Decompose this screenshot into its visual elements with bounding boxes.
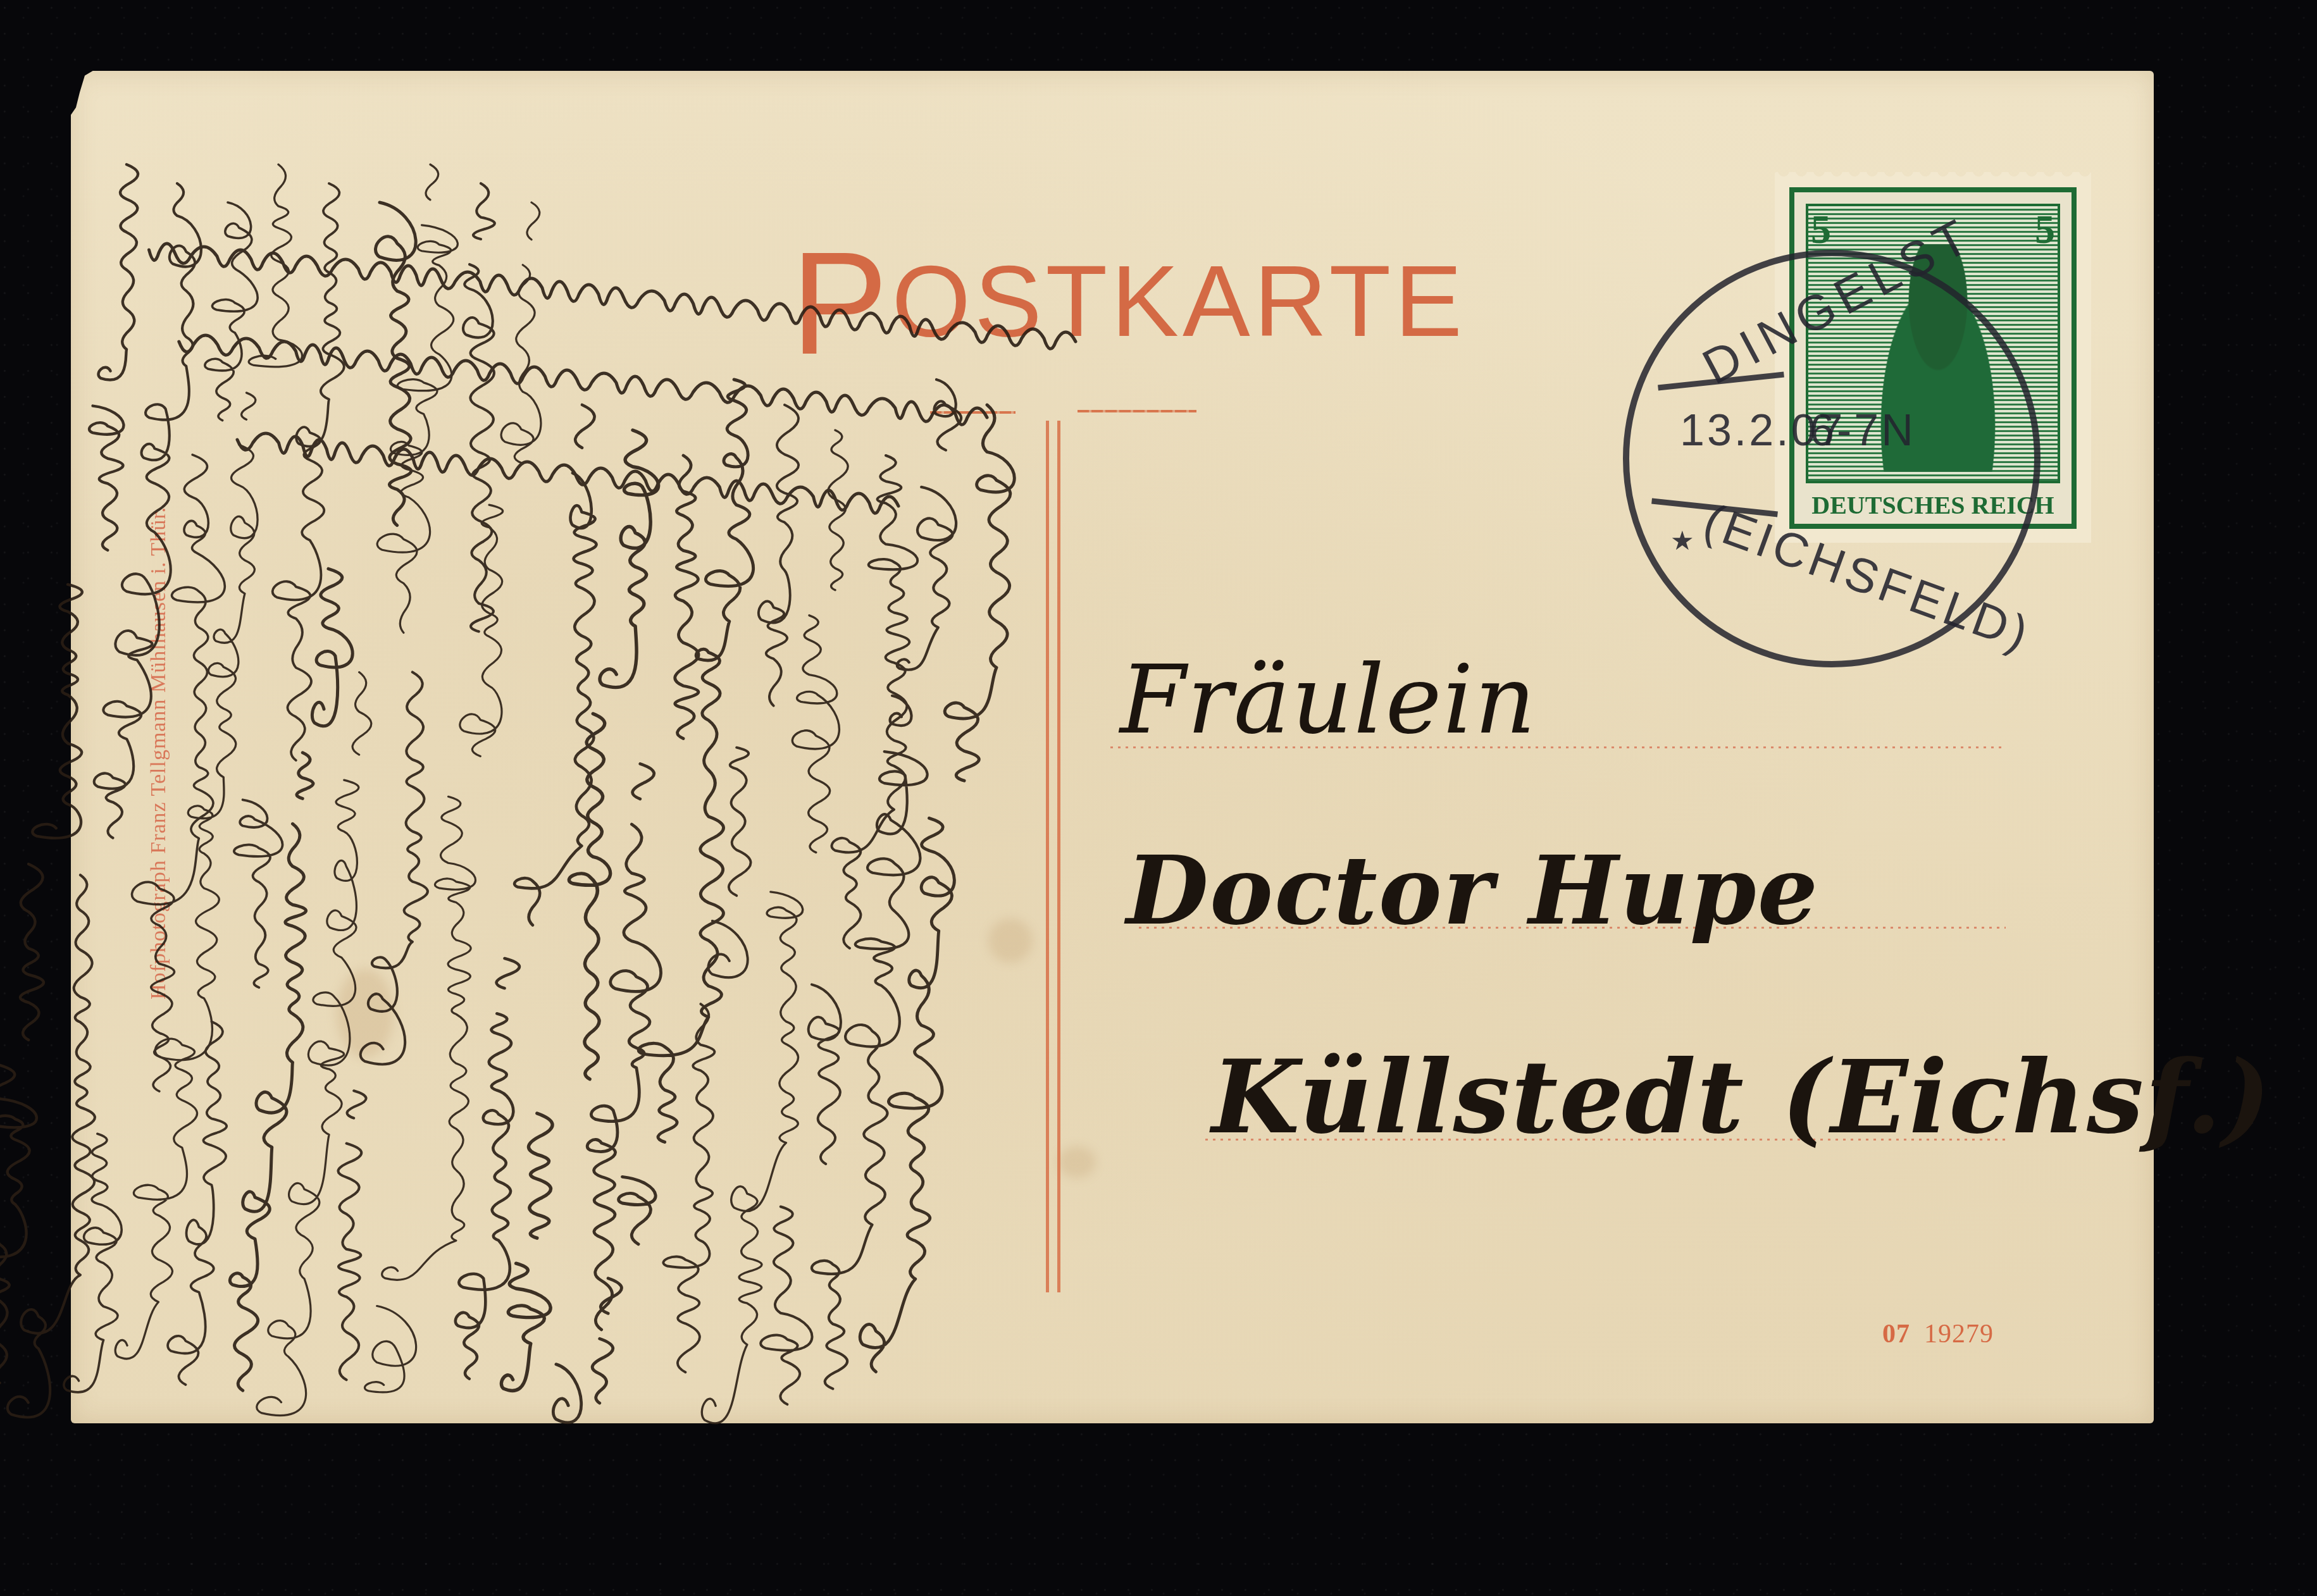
address-recipient-title: Fräulein: [1120, 645, 1537, 755]
paper-stain: [337, 969, 394, 1058]
divider-top-right-rule: [1078, 410, 1196, 412]
divider-line-right: [1057, 421, 1060, 1292]
printer-imprint: Hofphotograph Franz Tellgmann Mühlhausen…: [147, 507, 171, 999]
address-recipient-name: Doctor Hupe: [1126, 835, 1819, 946]
paper-stain: [1058, 1146, 1096, 1178]
postmark-star-icon: ★: [1670, 525, 1694, 556]
divider-top-left-rule: [930, 411, 1016, 414]
stamp-value-left: 5: [1811, 206, 1831, 253]
stamp-country: DEUTSCHES REICH: [1794, 490, 2072, 520]
stamp-value-right: 5: [2035, 206, 2055, 253]
address-destination: Küllstedt (Eichsf.): [1212, 1037, 2272, 1156]
postcard-title: POSTKARTE: [791, 231, 1466, 376]
paper-stain: [988, 919, 1033, 963]
title-initial: P: [791, 222, 891, 385]
serial-prefix: 07: [1882, 1320, 1910, 1349]
postmark-time: 6-7N: [1810, 405, 1916, 455]
serial-value: 19279: [1924, 1320, 1994, 1349]
title-rest: OSTKARTE: [891, 244, 1465, 357]
card-serial-number: 0719279: [1882, 1319, 1994, 1349]
divider-line-left: [1046, 421, 1049, 1292]
